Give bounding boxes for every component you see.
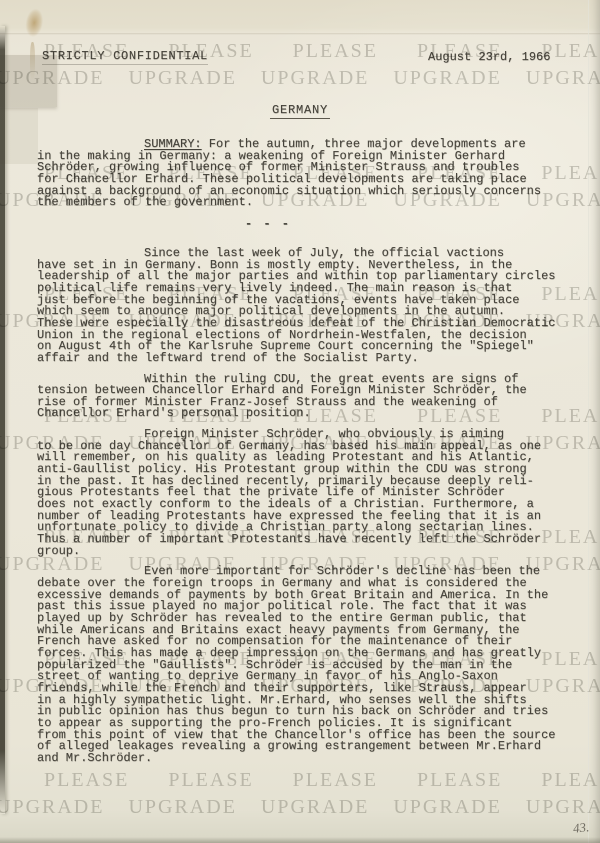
classification-label: STRICTLY CONFIDENTIAL <box>42 49 208 65</box>
page-left-edge <box>0 26 5 814</box>
stain-streak <box>30 42 35 80</box>
page-title: GERMANY <box>270 103 330 119</box>
watermark-group: PLEASE PLEASE PLEASE PLEASE PLEASE UPGRA… <box>0 767 600 821</box>
watermark-group: PLEASE PLEASE PLEASE PLEASE PLEASE UPGRA… <box>0 38 600 92</box>
page-bottom-edge <box>0 837 600 843</box>
watermark-upgrade-row: UPGRADE UPGRADE UPGRADE UPGRADE UPGRADE <box>0 65 600 92</box>
section-divider: - - - <box>245 218 582 230</box>
paragraph-foreign-troops: Even more important for Schröder's decli… <box>37 566 582 764</box>
watermark-upgrade-row: UPGRADE UPGRADE UPGRADE UPGRADE UPGRADE <box>0 794 600 821</box>
page-right-edge <box>588 0 600 843</box>
summary-paragraph: SUMMARY: For the autumn, three major dev… <box>37 139 582 209</box>
document-body: SUMMARY: For the autumn, three major dev… <box>37 139 582 774</box>
fold-crease <box>0 33 600 35</box>
paragraph-vacations: Since the last week of July, the officia… <box>37 248 582 365</box>
summary-text: For the autumn, three major developments… <box>37 137 541 209</box>
page-number: 43. <box>572 819 590 837</box>
date-label: August 23rd, 1966 <box>428 50 550 64</box>
paragraph-schroder-protestants: Foreign Minister Schröder, who obviously… <box>37 429 582 557</box>
tape-patch-faint <box>0 108 38 164</box>
paragraph-cdu-tension: Within the ruling CDU, the great events … <box>37 374 582 421</box>
scanned-document-page: STRICTLY CONFIDENTIAL August 23rd, 1966 … <box>0 0 600 843</box>
